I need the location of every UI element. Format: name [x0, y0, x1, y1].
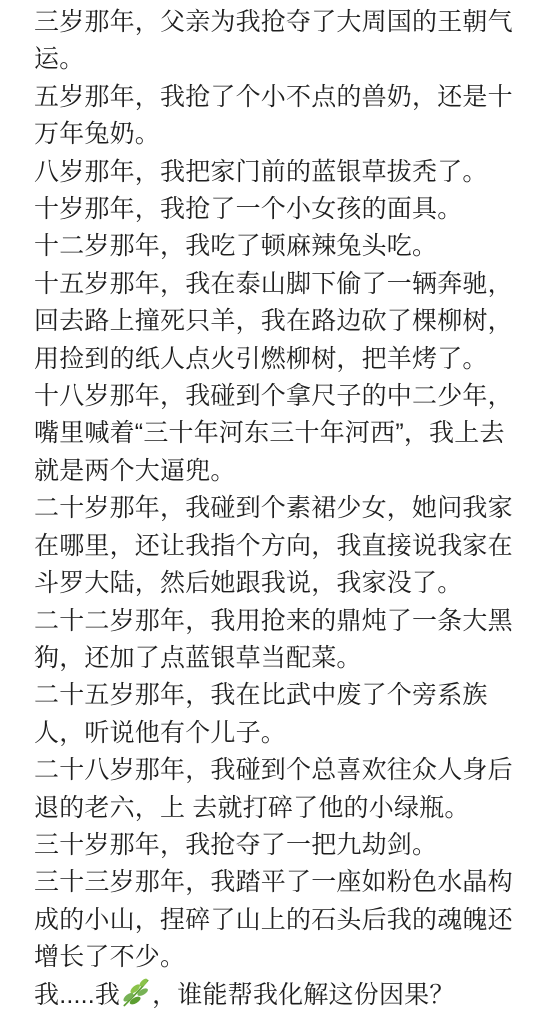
- story-paragraph: 十岁那年，我抢了一个小女孩的面具。: [34, 191, 516, 228]
- story-paragraph: 十八岁那年，我碰到个拿尺子的中二少年，嘴里喊着“三十年河东三十年河西”，我上去就…: [34, 378, 516, 490]
- story-paragraph: 三十三岁那年，我踏平了一座如粉色水晶构成的小山，捏碎了山上的石头后我的魂魄还增长…: [34, 864, 516, 976]
- text-post-page: 三岁那年，父亲为我抢夺了大周国的王朝气运。五岁那年，我抢了个小不点的兽奶，还是十…: [0, 0, 548, 1024]
- herb-leaf-icon: [121, 978, 151, 1008]
- story-paragraph: 三十岁那年，我抢夺了一把九劫剑。: [34, 827, 516, 864]
- closing-line: 我.....我 ，谁能帮我化解这份因果？: [34, 977, 516, 1014]
- story-paragraph: 三岁那年，父亲为我抢夺了大周国的王朝气运。: [34, 4, 516, 79]
- story-paragraph: 十二岁那年，我吃了顿麻辣兔头吃。: [34, 228, 516, 265]
- story-paragraph: 二十八岁那年，我碰到个总喜欢往众人身后退的老六，上 去就打碎了他的小绿瓶。: [34, 752, 516, 827]
- story-paragraph: 五岁那年，我抢了个小不点的兽奶，还是十万年兔奶。: [34, 79, 516, 154]
- story-paragraph: 二十二岁那年，我用抢来的鼎炖了一条大黑狗，还加了点蓝银草当配菜。: [34, 603, 516, 678]
- story-paragraph: 二十五岁那年，我在比武中废了个旁系族人，听说他有个儿子。: [34, 677, 516, 752]
- story-paragraph: 十五岁那年，我在泰山脚下偷了一辆奔驰，回去路上撞死只羊，我在路边砍了棵柳树，用捡…: [34, 266, 516, 378]
- closing-text-after: ，谁能帮我化解这份因果？: [152, 981, 454, 1009]
- closing-text-before: 我.....我: [34, 981, 120, 1009]
- story-paragraph: 二十岁那年，我碰到个素裙少女，她问我家在哪里，还让我指个方向，我直接说我家在斗罗…: [34, 490, 516, 602]
- story-text: 三岁那年，父亲为我抢夺了大周国的王朝气运。五岁那年，我抢了个小不点的兽奶，还是十…: [34, 4, 516, 977]
- story-paragraph: 八岁那年，我把家门前的蓝银草拔秃了。: [34, 154, 516, 191]
